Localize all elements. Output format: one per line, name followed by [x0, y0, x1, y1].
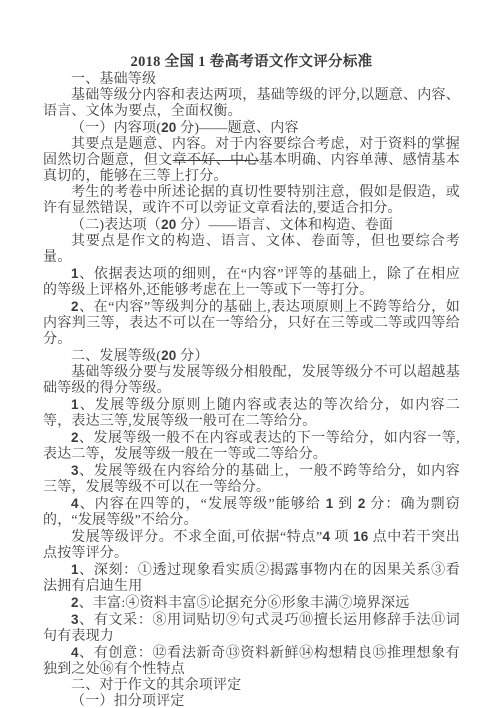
paragraph: 基础等级分内容和表达两项，基础等级的评分,以题意、内容、语言、文体为要点，全面权… — [43, 88, 460, 120]
document-title: 2018 全国 1 卷高考语文作文评分标准 — [43, 54, 460, 71]
paragraph: 2、发展等级一般不在内容或表达的下一等给分，如内容一等,表达二等，发展等级一般在… — [43, 430, 460, 463]
text-segment: 1 — [71, 562, 79, 577]
text-segment: 、依据表达项的细则，在“内容”评等的基础上，除了在相应的等级上评格外,还能够考虑… — [43, 267, 460, 298]
text-segment: 、有创意：⑫看法新奇⑬资料新鲜⑭构想精良⑮推理想象有独到之处⑯有个性特点 — [43, 646, 460, 677]
paragraph: 2、丰富:④资料丰富⑤论据充分⑥形象丰满⑦境界深远 — [43, 595, 460, 612]
text-segment: （一）扣分项评定 — [71, 694, 185, 708]
paragraph: 1、发展等级分原则上随内容或表达的等次给分，如内容二等，表达三等,发展等级一般可… — [43, 397, 460, 430]
paragraph: 发展等级评分。不求全面,可依据“特点”4 项 16 点中若干突出点按等评分。 — [43, 529, 460, 562]
paragraph: 3、有文采：⑧用词贴切⑨句式灵巧⑩擅长运用修辞手法⑪词句有表现力 — [43, 612, 460, 645]
text-segment: 20 — [161, 217, 176, 232]
text-segment: 一、基础等级 — [71, 72, 156, 87]
text-segment: 3 — [71, 463, 79, 478]
text-segment: 、内容在四等的，“发展等级”能够给 — [79, 497, 326, 512]
document-page: 2018 全国 1 卷高考语文作文评分标准 一、基础等级基础等级分内容和表达两项… — [0, 0, 500, 708]
paragraph: 1、依据表达项的细则，在“内容”评等的基础上，除了在相应的等级上评格外,还能够考… — [43, 266, 460, 299]
text-segment: 20 — [161, 120, 176, 135]
text-segment: 二、发展等级( — [71, 349, 161, 364]
paragraph: 一、基础等级 — [43, 72, 460, 88]
text-segment: 项 — [330, 530, 353, 545]
text-segment: 基础等级分内容和表达两项，基础等级的评分,以题意、内容、语言、文体为要点，全面权… — [43, 88, 460, 119]
text-segment: 、发展等级分原则上随内容或表达的等次给分，如内容二等，表达三等,发展等级一般可在… — [43, 398, 460, 429]
text-segment: 发展等级评分。不求全面,可依据“特点” — [71, 530, 322, 545]
paragraph: 考生的考卷中所述论据的真切性要特别注意，假如是假造，或许有显然错误，或许不可以旁… — [43, 185, 460, 217]
text-segment: 分）——语言、文体和构造、卷面 — [176, 218, 393, 233]
text-segment: 其要点是作文的构造、语言、文体、卷面等，但也要综合考量。 — [43, 234, 460, 265]
paragraph: 二、发展等级(20 分） — [43, 348, 460, 365]
text-segment: 2 — [71, 430, 79, 445]
text-segment: 3 — [71, 612, 79, 627]
paragraph: 其要点是作文的构造、语言、文体、卷面等，但也要综合考量。 — [43, 234, 460, 266]
paragraph: 4、内容在四等的，“发展等级”能够给 1 到 2 分：确为剽窃的，“发展等级”不… — [43, 496, 460, 529]
text-segment: 基础等级分要与发展等级分相般配，发展等级分不可以超越基础等级的得分等级。 — [43, 365, 460, 396]
text-segment: 、发展等级在内容给分的基础上，一般不跨等给分，如内容三等，发展等级不可以在一等给… — [43, 464, 460, 495]
text-segment: 到 — [333, 497, 357, 512]
document-body: 一、基础等级基础等级分内容和表达两项，基础等级的评分,以题意、内容、语言、文体为… — [43, 72, 460, 708]
text-segment: 二、对于作文的其余项评定 — [71, 678, 241, 693]
text-segment: 分)——题意、内容 — [176, 121, 298, 136]
text-segment: 2 — [71, 595, 79, 610]
struck-text-segment: 章不好、中心 — [172, 153, 258, 168]
text-segment: （二)表达项（ — [71, 218, 161, 233]
text-segment: 4 — [71, 496, 79, 511]
text-segment: （一）内容项( — [71, 121, 161, 136]
text-segment: 分） — [176, 349, 208, 364]
paragraph: 基础等级分要与发展等级分相般配，发展等级分不可以超越基础等级的得分等级。 — [43, 365, 460, 397]
text-segment: 4 — [71, 645, 79, 660]
text-segment: 、在“内容”等级判分的基础上,表达项原则上不跨等给分，如内容判三等，表达不可以在… — [43, 300, 460, 347]
paragraph: 3、发展等级在内容给分的基础上，一般不跨等给分，如内容三等，发展等级不可以在一等… — [43, 463, 460, 496]
paragraph: （一）内容项(20 分)——题意、内容 — [43, 120, 460, 137]
text-segment: 20 — [161, 348, 176, 363]
text-segment: 、有文采：⑧用词贴切⑨句式灵巧⑩擅长运用修辞手法⑪词句有表现力 — [43, 613, 460, 644]
paragraph: 2、在“内容”等级判分的基础上,表达项原则上不跨等给分，如内容判三等，表达不可以… — [43, 299, 460, 348]
paragraph: 1、深刻：①透过现象看实质②揭露事物内在的因果关系③看法拥有启迪生用 — [43, 562, 460, 595]
text-segment: 、丰富:④资料丰富⑤论据充分⑥形象丰满⑦境界深远 — [79, 596, 410, 611]
paragraph: 二、对于作文的其余项评定 — [43, 678, 460, 694]
text-segment: 1 — [71, 397, 79, 412]
text-segment: 2 — [358, 496, 366, 511]
text-segment: 1 — [71, 266, 79, 281]
text-segment: 2 — [71, 299, 79, 314]
paragraph: 其要点是题意、内容。对于内容要综合考虑，对于资料的掌握固然切合题意，但文章不好、… — [43, 137, 460, 185]
paragraph: （二)表达项（20 分）——语言、文体和构造、卷面 — [43, 217, 460, 234]
paragraph: 4、有创意：⑫看法新奇⑬资料新鲜⑭构想精良⑮推理想象有独到之处⑯有个性特点 — [43, 645, 460, 678]
text-segment: 考生的考卷中所述论据的真切性要特别注意，假如是假造，或许有显然错误，或许不可以旁… — [43, 185, 460, 216]
text-segment: 、发展等级一般不在内容或表达的下一等给分，如内容一等,表达二等，发展等级一般在一… — [43, 431, 460, 462]
text-segment: 、深刻：①透过现象看实质②揭露事物内在的因果关系③看法拥有启迪生用 — [43, 563, 460, 594]
text-segment: 16 — [353, 529, 368, 544]
paragraph: （一）扣分项评定 — [43, 694, 460, 708]
